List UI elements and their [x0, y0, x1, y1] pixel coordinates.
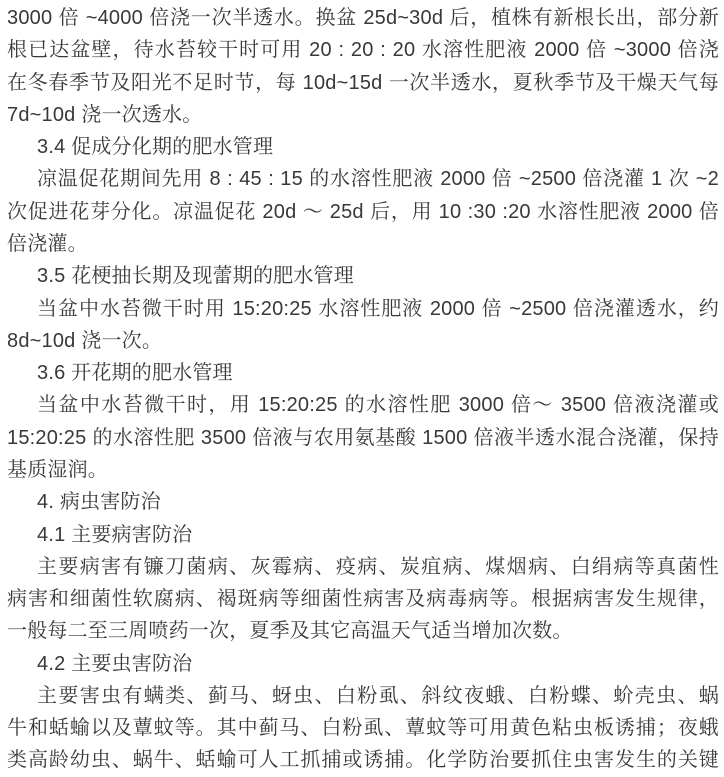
text-line: 在冬春季节及阳光不足时节，每 10d~15d 一次半透水，夏秋季节及干燥天气每: [0, 67, 724, 99]
section-heading: 4.1 主要病害防治: [0, 519, 724, 551]
section-heading: 3.5 花梗抽长期及现蕾期的肥水管理: [0, 260, 724, 292]
text-line: 根已达盆壁，待水苔较干时可用 20 : 20 : 20 水溶性肥液 2000 倍…: [0, 34, 724, 66]
section-heading: 3.4 促成分化期的肥水管理: [0, 131, 724, 163]
text-line: 一般每二至三周喷药一次，夏季及其它高温天气适当增加次数。: [0, 615, 724, 647]
text-line: 病害和细菌性软腐病、褐斑病等细菌性病害及病毒病等。根据病害发生规律，: [0, 583, 724, 615]
document-page: 3000 倍 ~4000 倍浇一次半透水。换盆 25d~30d 后，植株有新根长…: [0, 0, 724, 777]
text-line: 倍浇灌。: [0, 228, 724, 260]
text-line: 牛和蛞蝓以及蕈蚊等。其中蓟马、白粉虱、蕈蚊等可用黄色粘虫板诱捕；夜蛾: [0, 712, 724, 744]
text-line: 凉温促花期间先用 8 : 45 : 15 的水溶性肥液 2000 倍 ~2500…: [0, 163, 724, 195]
text-line: 8d~10d 浇一次。: [0, 325, 724, 357]
text-line: 15:20:25 的水溶性肥 3500 倍液与农用氨基酸 1500 倍液半透水混…: [0, 422, 724, 454]
text-line: 次促进花芽分化。凉温促花 20d ～ 25d 后，用 10 :30 :20 水溶…: [0, 196, 724, 228]
section-heading: 4.2 主要虫害防治: [0, 648, 724, 680]
text-line: 当盆中水苔微干时用 15:20:25 水溶性肥液 2000 倍 ~2500 倍浇…: [0, 293, 724, 325]
text-line: 基质湿润。: [0, 454, 724, 486]
text-line: 主要病害有镰刀菌病、灰霉病、疫病、炭疽病、煤烟病、白绢病等真菌性: [0, 551, 724, 583]
text-line: 当盆中水苔微干时，用 15:20:25 的水溶性肥 3000 倍～ 3500 倍…: [0, 389, 724, 421]
text-line: 3000 倍 ~4000 倍浇一次半透水。换盆 25d~30d 后，植株有新根长…: [0, 2, 724, 34]
section-heading: 3.6 开花期的肥水管理: [0, 357, 724, 389]
text-line: 类高龄幼虫、蜗牛、蛞蝓可人工抓捕或诱捕。化学防治要抓住虫害发生的关键: [0, 744, 724, 776]
text-line: 主要害虫有螨类、蓟马、蚜虫、白粉虱、斜纹夜蛾、白粉蝶、蚧壳虫、蜗: [0, 680, 724, 712]
text-line: 7d~10d 浇一次透水。: [0, 99, 724, 131]
section-heading: 4. 病虫害防治: [0, 486, 724, 518]
